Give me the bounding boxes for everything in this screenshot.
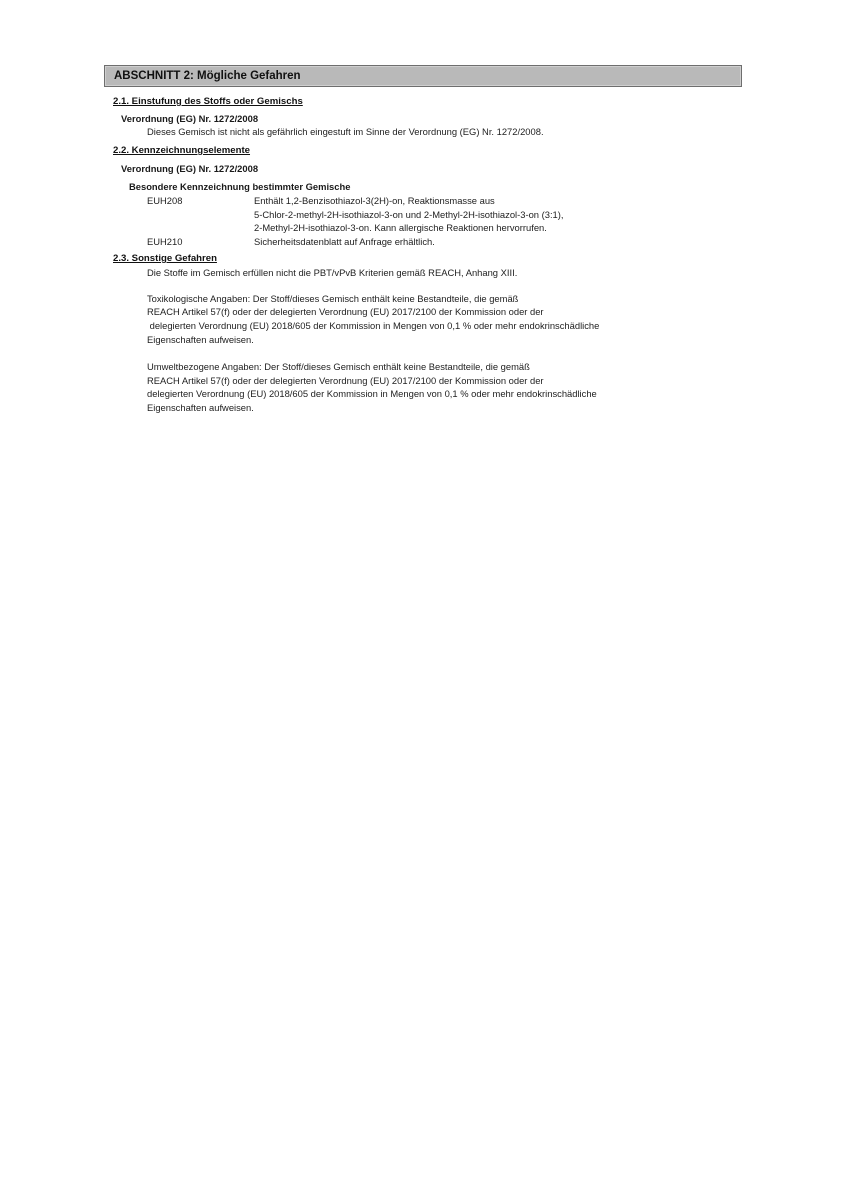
- subsection-heading-2-1: 2.1. Einstufung des Stoffs oder Gemischs: [113, 97, 303, 107]
- hazard-statement-line: 2-Methyl-2H-isothiazol-3-on. Kann allerg…: [254, 223, 547, 232]
- pbt-statement: Die Stoffe im Gemisch erfüllen nicht die…: [147, 268, 517, 277]
- hazard-statement-line: Enthält 1,2-Benzisothiazol-3(2H)-on, Rea…: [254, 196, 495, 205]
- hazard-statement-code: EUH210: [147, 237, 182, 246]
- section-title: ABSCHNITT 2: Mögliche Gefahren: [114, 70, 301, 82]
- toxicological-info-line: Eigenschaften aufweisen.: [147, 335, 254, 344]
- hazard-statement-code: EUH208: [147, 196, 182, 205]
- toxicological-info-line: Toxikologische Angaben: Der Stoff/dieses…: [147, 294, 518, 303]
- regulation-heading-2-1: Verordnung (EG) Nr. 1272/2008: [121, 114, 258, 123]
- hazard-statement-line: Sicherheitsdatenblatt auf Anfrage erhält…: [254, 237, 435, 246]
- special-labelling-heading: Besondere Kennzeichnung bestimmter Gemis…: [129, 182, 350, 191]
- environmental-info-line: REACH Artikel 57(f) oder der delegierten…: [147, 376, 544, 385]
- toxicological-info-line: REACH Artikel 57(f) oder der delegierten…: [147, 307, 544, 316]
- classification-text: Dieses Gemisch ist nicht als gefährlich …: [147, 127, 544, 136]
- environmental-info-line: Eigenschaften aufweisen.: [147, 403, 254, 412]
- subsection-heading-2-3: 2.3. Sonstige Gefahren: [113, 254, 217, 264]
- subsection-heading-2-2: 2.2. Kennzeichnungselemente: [113, 146, 250, 156]
- hazard-statement-line: 5-Chlor-2-methyl-2H-isothiazol-3-on und …: [254, 210, 564, 219]
- environmental-info-line: Umweltbezogene Angaben: Der Stoff/dieses…: [147, 362, 530, 371]
- toxicological-info-line: delegierten Verordnung (EU) 2018/605 der…: [147, 321, 599, 330]
- environmental-info-line: delegierten Verordnung (EU) 2018/605 der…: [147, 389, 597, 398]
- section-header-bar: ABSCHNITT 2: Mögliche Gefahren: [104, 65, 742, 87]
- regulation-heading-2-2: Verordnung (EG) Nr. 1272/2008: [121, 164, 258, 173]
